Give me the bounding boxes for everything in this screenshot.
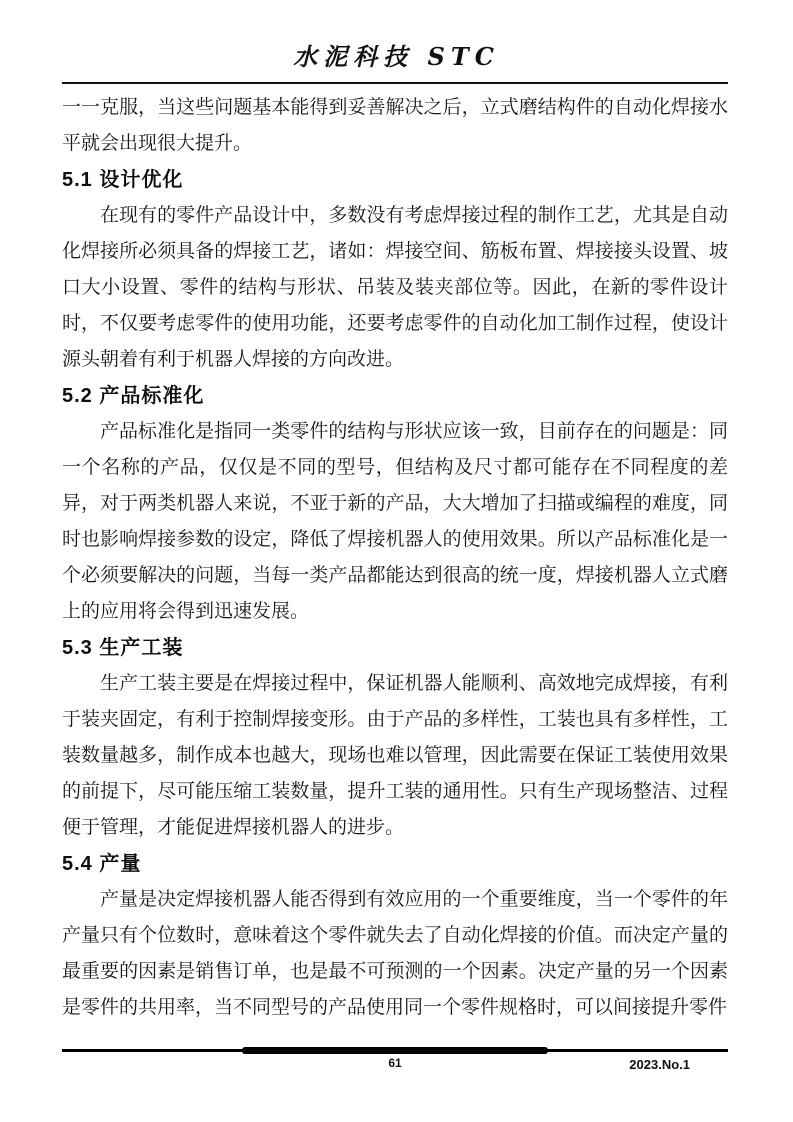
section-paragraph-5-3: 生产工装主要是在焊接过程中，保证机器人能顺利、高效地完成焊接，有利于装夹固定，有… [62, 666, 728, 846]
continuation-paragraph: 一一克服，当这些问题基本能得到妥善解决之后，立式磨结构件的自动化焊接水平就会出现… [62, 90, 728, 162]
section-paragraph-5-4: 产量是决定焊接机器人能否得到有效应用的一个重要维度，当一个零件的年产量只有个位数… [62, 882, 728, 1026]
issue-label: 2023.No.1 [629, 1057, 690, 1072]
page-number: 61 [62, 1056, 728, 1070]
section-heading-5-3: 5.3 生产工装 [62, 630, 728, 666]
footer-row: 61 2023.No.1 [62, 1056, 728, 1076]
document-page: 水泥科技 STC 一一克服，当这些问题基本能得到妥善解决之后，立式磨结构件的自动… [0, 0, 793, 1122]
page-footer: 61 2023.No.1 [62, 1049, 728, 1076]
section-heading-5-1: 5.1 设计优化 [62, 162, 728, 198]
section-paragraph-5-2: 产品标准化是指同一类零件的结构与形状应该一致，目前存在的问题是：同一个名称的产品… [62, 414, 728, 630]
section-paragraph-5-1: 在现有的零件产品设计中，多数没有考虑焊接过程的制作工艺，尤其是自动化焊接所必须具… [62, 198, 728, 378]
footer-rule [62, 1049, 728, 1052]
article-body: 一一克服，当这些问题基本能得到妥善解决之后，立式磨结构件的自动化焊接水平就会出现… [62, 90, 728, 1026]
section-heading-5-2: 5.2 产品标准化 [62, 378, 728, 414]
header-rule [62, 82, 728, 84]
page-header: 水泥科技 STC [0, 0, 793, 72]
section-heading-5-4: 5.4 产量 [62, 846, 728, 882]
journal-title: 水泥科技 STC [293, 42, 500, 72]
